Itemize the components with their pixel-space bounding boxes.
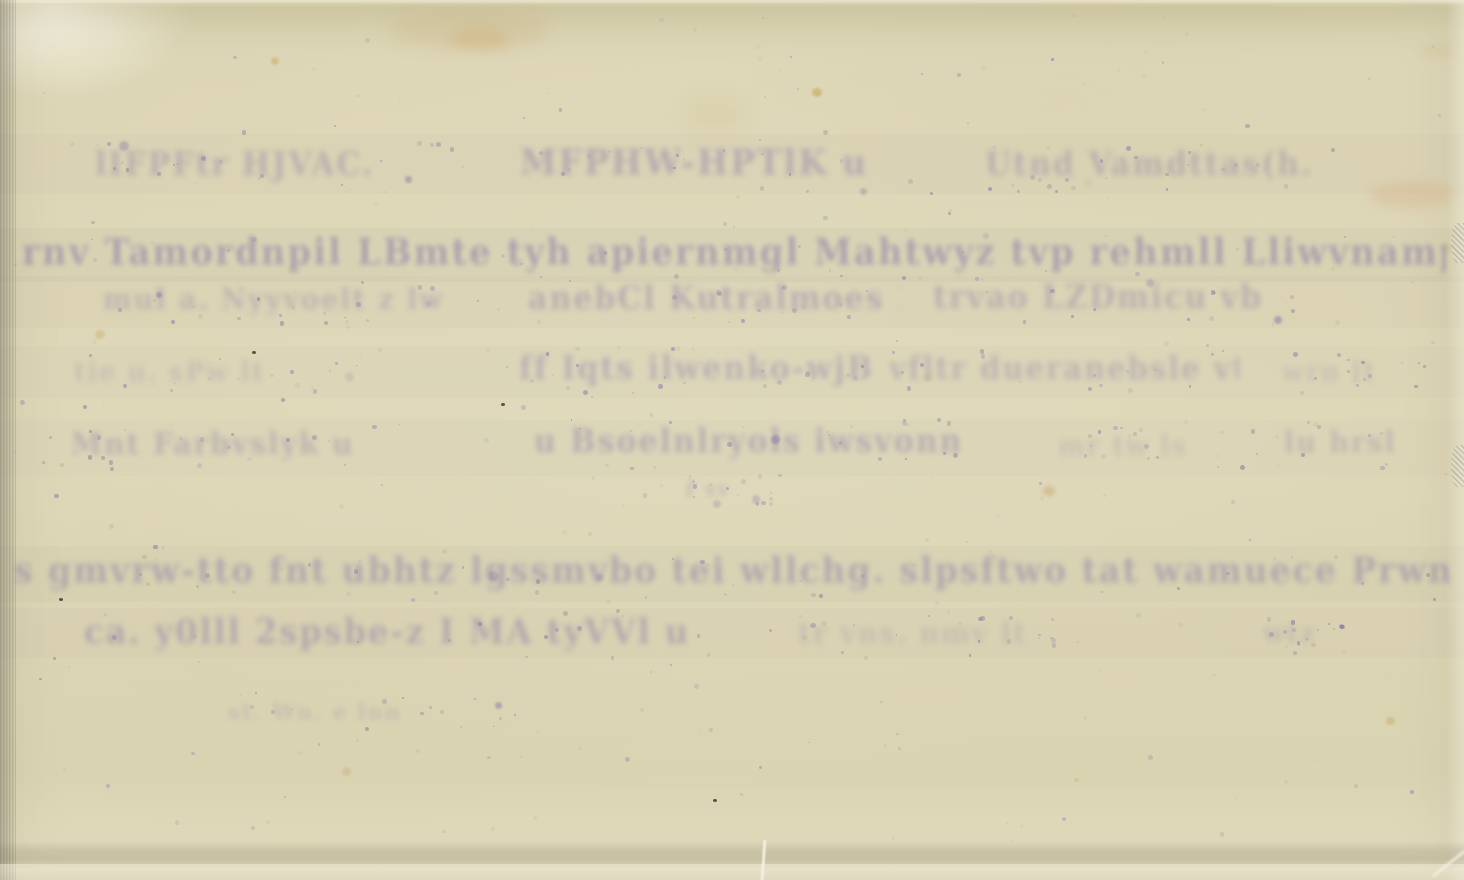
right-edge-highlight	[1446, 0, 1464, 880]
top-edge-tan-band	[0, 3, 1464, 33]
right-edge-fold-mark	[1451, 223, 1464, 263]
left-edge-ribbed-shadow	[0, 0, 16, 880]
bottom-light-strip	[0, 864, 1464, 880]
paper-surface	[0, 0, 1464, 880]
right-edge-fold-mark	[1451, 445, 1464, 487]
scanned-postcard: lIFPFtr HJVAC.MFPHW-HPTlK uUtnd Vamdttas…	[0, 0, 1464, 880]
